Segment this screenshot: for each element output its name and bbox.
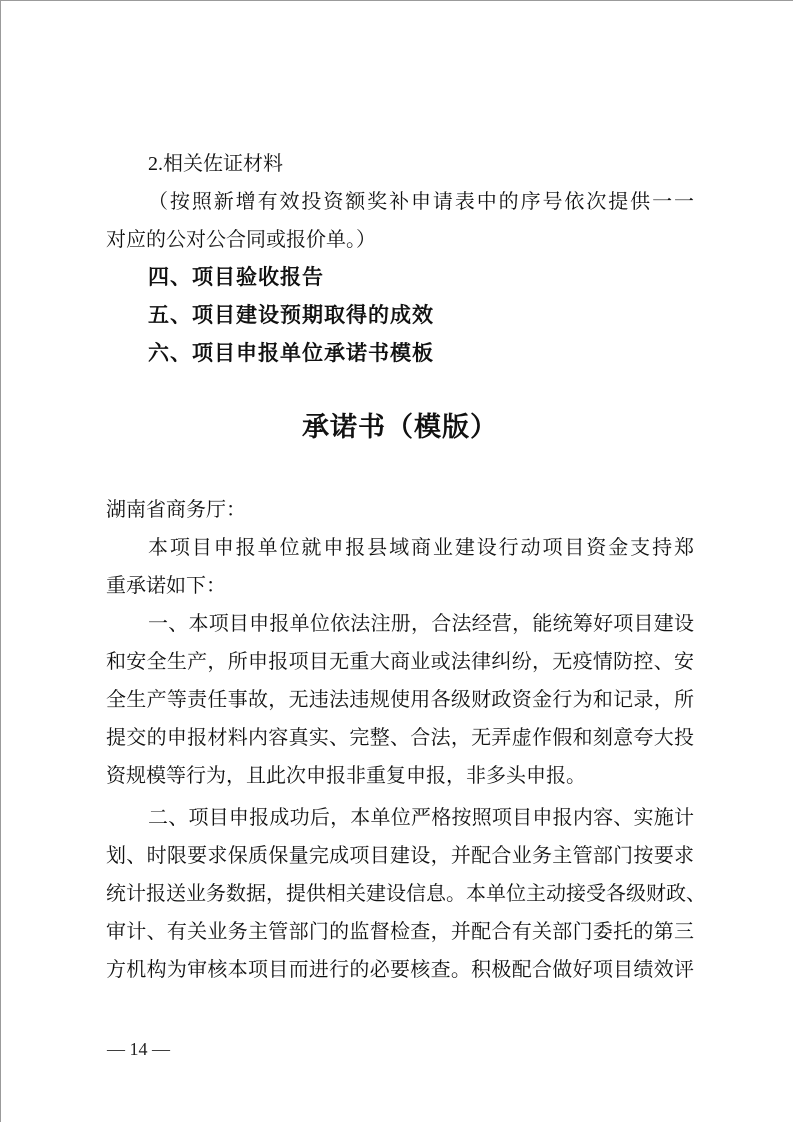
document-page: 2.相关佐证材料 （按照新增有效投资额奖补申请表中的序号依次提供一一 对应的公对… <box>0 0 793 1122</box>
section-heading-4: 四、项目验收报告 <box>106 259 694 297</box>
intro-line-1: 本项目申报单位就申报县域商业建设行动项目资金支持郑 <box>106 529 694 567</box>
salutation: 湖南省商务厅： <box>106 491 694 529</box>
section-heading-6: 六、项目申报单位承诺书模板 <box>106 335 694 373</box>
para1-line-4: 提交的申报材料内容真实、完整、合法，无弄虚作假和刻意夸大投 <box>106 719 694 757</box>
para1-line-3: 全生产等责任事故，无违法违规使用各级财政资金行为和记录，所 <box>106 681 694 719</box>
para2-line-3: 统计报送业务数据，提供相关建设信息。本单位主动接受各级财政、 <box>106 875 694 913</box>
para1-line-5: 资规模等行为，且此次申报非重复申报，非多头申报。 <box>106 757 694 795</box>
para2-line-5: 方机构为审核本项目而进行的必要核查。积极配合做好项目绩效评 <box>106 951 694 989</box>
toc-item-2: 2.相关佐证材料 <box>106 145 694 183</box>
document-body: 2.相关佐证材料 （按照新增有效投资额奖补申请表中的序号依次提供一一 对应的公对… <box>106 145 694 989</box>
intro-line-2: 重承诺如下： <box>106 567 694 605</box>
para2-line-1: 二、项目申报成功后，本单位严格按照项目申报内容、实施计 <box>106 799 694 837</box>
page-number: — 14 — <box>107 1039 170 1060</box>
section-heading-5: 五、项目建设预期取得的成效 <box>106 297 694 335</box>
para1-line-2: 和安全生产，所申报项目无重大商业或法律纠纷，无疫情防控、安 <box>106 643 694 681</box>
para1-line-1: 一、本项目申报单位依法注册，合法经营，能统筹好项目建设 <box>106 605 694 643</box>
commitment-letter-title: 承诺书（模版） <box>106 408 694 446</box>
toc-note-line-1: （按照新增有效投资额奖补申请表中的序号依次提供一一 <box>106 183 694 221</box>
toc-note-line-2: 对应的公对公合同或报价单。） <box>106 221 694 259</box>
para2-line-2: 划、时限要求保质保量完成项目建设，并配合业务主管部门按要求 <box>106 837 694 875</box>
para2-line-4: 审计、有关业务主管部门的监督检查，并配合有关部门委托的第三 <box>106 913 694 951</box>
